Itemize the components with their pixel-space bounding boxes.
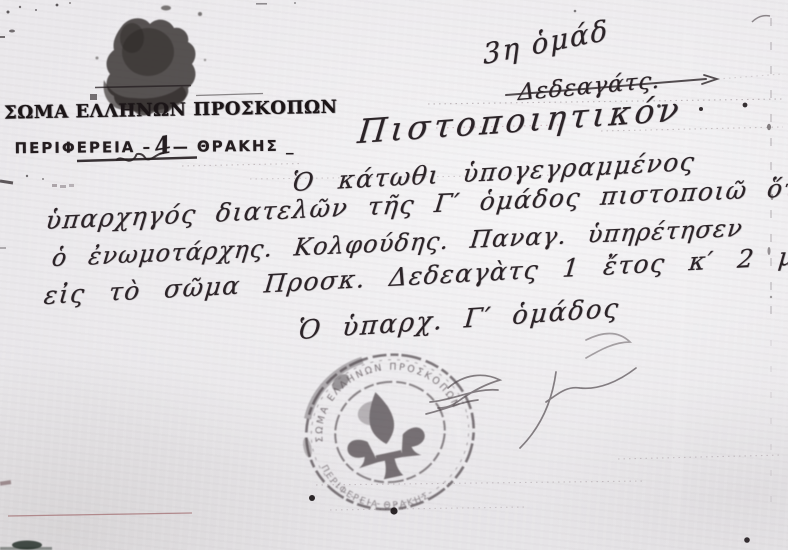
- region-suffix: — ΘΡΑΚΗΣ _: [173, 137, 296, 156]
- scanned-certificate-page: ΣΩΜΑ ΕΛΛΗΝΩΝ ΠΡΟΣΚΟΠΩΝ ΠΕΡΙΦΕΡΕΙΑ ΘΡΑΚΗΣ: [0, 0, 788, 550]
- region-line: ΠΕΡΙΦΕΡΕΙΑ –4— ΘΡΑΚΗΣ _: [10, 128, 300, 160]
- svg-text:ΠΕΡΙΦΕΡΕΙΑ ΘΡΑΚΗΣ: ΠΕΡΙΦΕΡΕΙΑ ΘΡΑΚΗΣ: [318, 444, 433, 526]
- region-prefix: ΠΕΡΙΦΕΡΕΙΑ –: [14, 138, 152, 157]
- seal-ring-text-bottom: ΠΕΡΙΦΕΡΕΙΑ ΘΡΑΚΗΣ: [318, 444, 433, 526]
- region-number: 4: [152, 130, 174, 162]
